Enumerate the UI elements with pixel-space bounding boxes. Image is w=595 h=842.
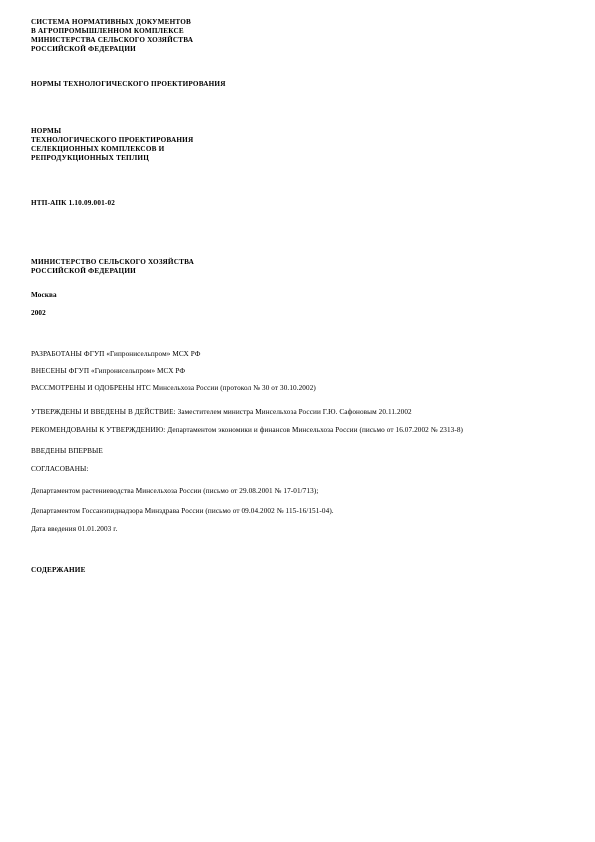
detail-label: ВВЕДЕНЫ ВПЕРВЫЕ [31, 447, 103, 455]
detail-first-introduced: ВВЕДЕНЫ ВПЕРВЫЕ [31, 447, 103, 456]
detail-reviewed: РАССМОТРЕНЫ И ОДОБРЕНЫ НТС Минсельхоза Р… [31, 384, 316, 393]
title-line-3: СЕЛЕКЦИОННЫХ КОМПЛЕКСОВ И [31, 145, 164, 154]
detail-approved: УТВЕРЖДЕНЫ И ВВЕДЕНЫ В ДЕЙСТВИЕ: Замести… [31, 408, 412, 417]
system-header-line-1: СИСТЕМА НОРМАТИВНЫХ ДОКУМЕНТОВ [31, 18, 191, 27]
publisher-line-1: МИНИСТЕРСТВО СЕЛЬСКОГО ХОЗЯЙСТВА [31, 258, 194, 267]
system-header-line-3: МИНИСТЕРСТВА СЕЛЬСКОГО ХОЗЯЙСТВА [31, 36, 193, 45]
contents-heading: СОДЕРЖАНИЕ [31, 566, 86, 575]
publisher-line-2: РОССИЙСКОЙ ФЕДЕРАЦИИ [31, 267, 136, 276]
title-line-4: РЕПРОДУКЦИОННЫХ ТЕПЛИЦ [31, 154, 149, 163]
detail-agreed: СОГЛАСОВАНЫ: [31, 465, 88, 474]
document-code: НТП-АПК 1.10.09.001-02 [31, 199, 115, 208]
detail-label: ВНЕСЕНЫ [31, 367, 67, 375]
detail-text: ФГУП «Гипронисельпром» МСХ РФ [82, 350, 200, 358]
title-line-1: НОРМЫ [31, 127, 61, 136]
document-category: НОРМЫ ТЕХНОЛОГИЧЕСКОГО ПРОЕКТИРОВАНИЯ [31, 80, 226, 89]
detail-text: НТС Минсельхоза России (протокол № 30 от… [134, 384, 316, 392]
system-header-line-4: РОССИЙСКОЙ ФЕДЕРАЦИИ [31, 45, 136, 54]
detail-label: РАЗРАБОТАНЫ [31, 350, 82, 358]
publisher-year: 2002 [31, 309, 46, 318]
detail-label: УТВЕРЖДЕНЫ И ВВЕДЕНЫ В ДЕЙСТВИЕ: [31, 408, 176, 416]
agreement-2: Департаментом Госсанэпиднадзора Минздрав… [31, 507, 334, 516]
title-line-2: ТЕХНОЛОГИЧЕСКОГО ПРОЕКТИРОВАНИЯ [31, 136, 193, 145]
detail-text: Заместителем министра Минсельхоза России… [176, 408, 412, 416]
detail-label: РАССМОТРЕНЫ И ОДОБРЕНЫ [31, 384, 134, 392]
document-page: СИСТЕМА НОРМАТИВНЫХ ДОКУМЕНТОВ В АГРОПРО… [0, 0, 595, 842]
detail-introduced: ВНЕСЕНЫ ФГУП «Гипронисельпром» МСХ РФ [31, 367, 185, 376]
effective-date: Дата введения 01.01.2003 г. [31, 525, 117, 534]
detail-label: СОГЛАСОВАНЫ: [31, 465, 88, 473]
publisher-city: Москва [31, 291, 57, 300]
agreement-1: Департаментом растениеводства Минсельхоз… [31, 487, 318, 496]
detail-recommended: РЕКОМЕНДОВАНЫ К УТВЕРЖДЕНИЮ: Департамент… [31, 426, 463, 435]
detail-text: Департаментом экономики и финансов Минсе… [165, 426, 463, 434]
detail-developed: РАЗРАБОТАНЫ ФГУП «Гипронисельпром» МСХ Р… [31, 350, 200, 359]
detail-text: ФГУП «Гипронисельпром» МСХ РФ [67, 367, 185, 375]
detail-label: РЕКОМЕНДОВАНЫ К УТВЕРЖДЕНИЮ: [31, 426, 165, 434]
system-header-line-2: В АГРОПРОМЫШЛЕННОМ КОМПЛЕКСЕ [31, 27, 184, 36]
